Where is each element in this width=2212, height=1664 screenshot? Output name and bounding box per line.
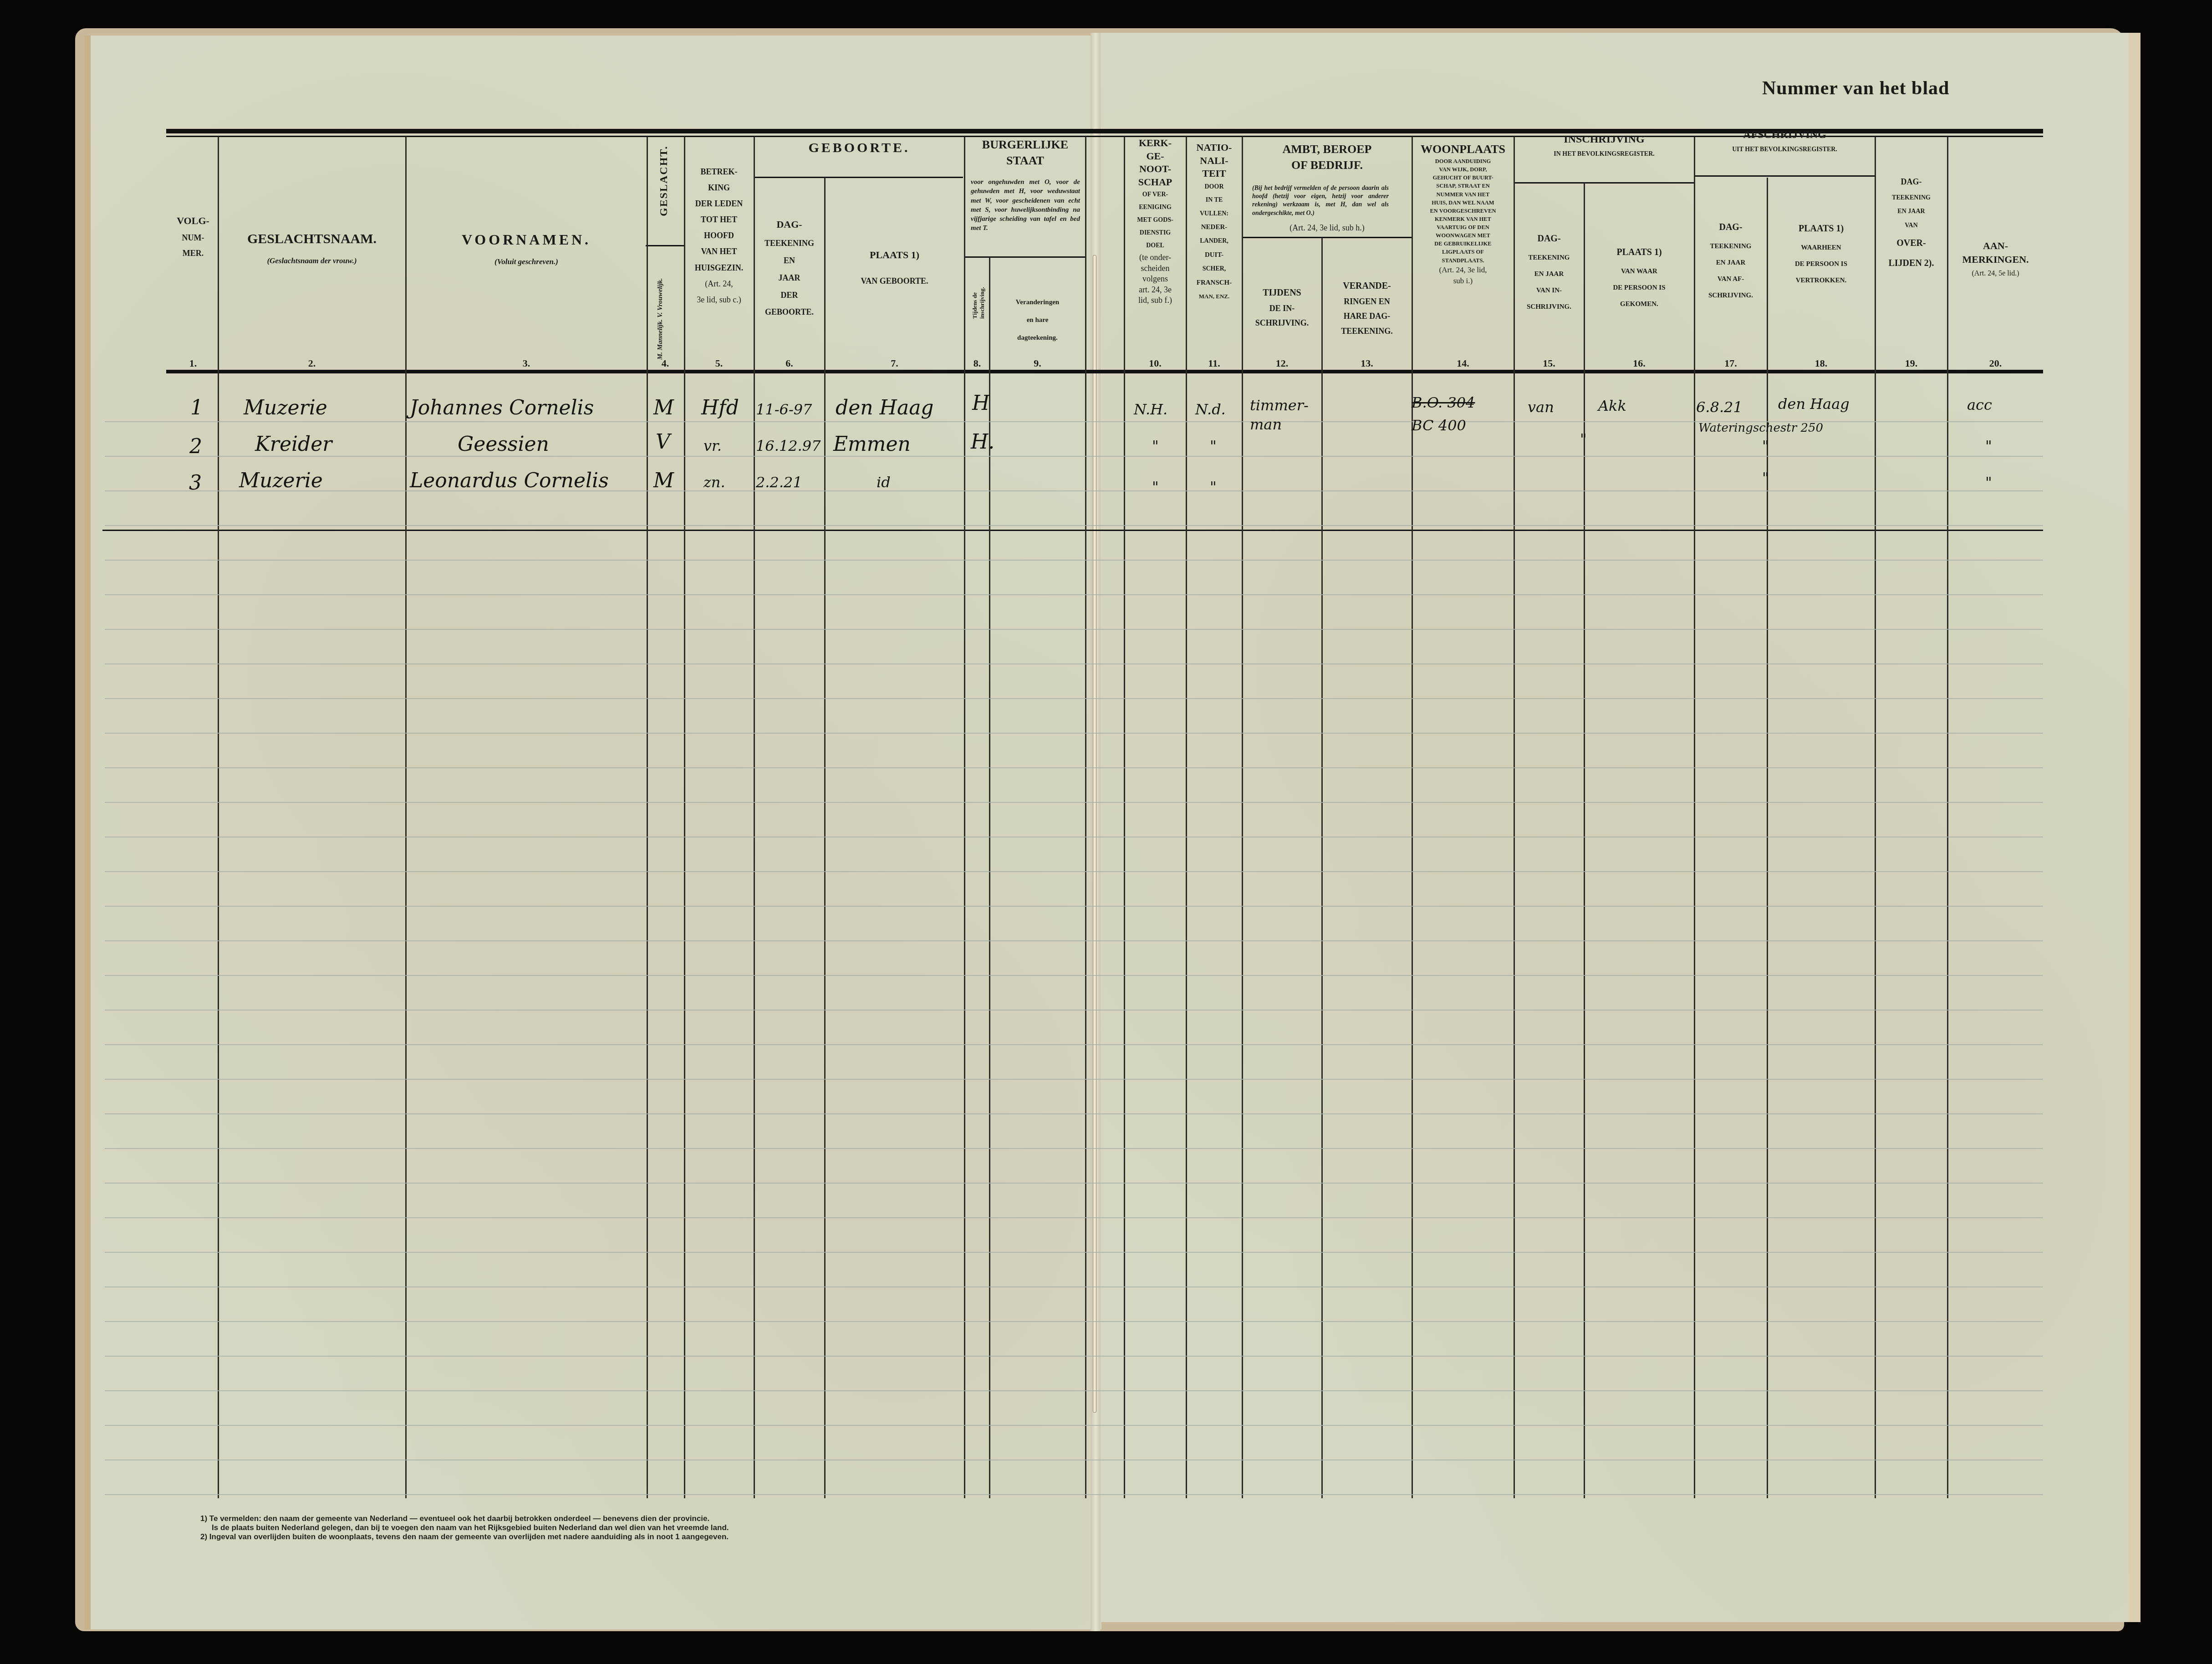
afschrijving-subrule <box>1694 175 1876 177</box>
ruled-line <box>105 871 2043 872</box>
colnum-19: 19. <box>1876 357 1947 369</box>
header-text: VAN IN- <box>1514 282 1584 299</box>
header-title: OF BEDRIJF. <box>1243 157 1412 173</box>
ruled-line <box>105 906 2043 907</box>
col-line-6 <box>824 178 826 1498</box>
entry-2-afschrijving-plaats: " <box>1762 437 1769 454</box>
header-afschrijving: AFSCHRIJVING UIT HET BEVOLKINGSREGISTER. <box>1695 128 1875 154</box>
ruled-line <box>105 802 2043 803</box>
ruled-line <box>105 698 2043 699</box>
header-sub: VAN GEBOORTE. <box>825 276 964 286</box>
header-kerkgenootschap: KERK- GE- NOOT- SCHAP OF VER- EENIGING M… <box>1125 137 1186 306</box>
header-text: RINGEN EN <box>1322 294 1412 309</box>
header-text: VERTROKKEN. <box>1768 272 1875 289</box>
ruled-line <box>105 594 2043 595</box>
entry-2-nationaliteit: " <box>1210 437 1217 454</box>
col-line-12 <box>1321 238 1323 1498</box>
header-text: TEEKENING. <box>1322 324 1412 338</box>
col-line-13 <box>1412 137 1413 1498</box>
sheet-number-label: Nummer van het blad <box>1762 77 1949 99</box>
col-line-1 <box>218 137 219 1498</box>
colnum-5: 5. <box>684 357 754 369</box>
colnum-6: 6. <box>754 357 824 369</box>
ruled-line <box>105 1183 2043 1184</box>
header-text: DOEL <box>1125 240 1186 252</box>
entry-2-geslachtsnaam: Kreider <box>255 433 332 456</box>
colnum-8: 8. <box>965 357 989 369</box>
header-title: BURGERLIJKE <box>965 137 1085 153</box>
header-text: OF VER- <box>1125 189 1186 201</box>
colnum-10: 10. <box>1125 357 1186 369</box>
entry-1-inschrijving-datum: van <box>1528 398 1554 416</box>
burgerlijke-staat-note: voor ongehuwden met O, voor de gehuwden … <box>971 178 1080 233</box>
footnote-1: 1) Te vermelden: den naam der gemeente v… <box>200 1514 709 1523</box>
header-geslachtsnaam: GESLACHTSNAAM. (Geslachtsnaam der vrouw.… <box>219 230 405 266</box>
header-text: DAG- <box>754 214 824 235</box>
header-text: PLAATS 1) <box>1768 218 1875 240</box>
header-text: VAN HET <box>684 244 754 260</box>
footnote-1-cont: Is de plaats buiten Nederland gelegen, d… <box>212 1523 729 1532</box>
header-text: FRANSCH- <box>1187 276 1242 291</box>
header-title: AMBT, BEROEP <box>1243 141 1412 157</box>
entry-2-geboortedatum: 16.12.97 <box>756 437 821 454</box>
colnum-4: 4. <box>647 357 684 369</box>
header-woonplaats: WOONPLAATS DOOR AANDUIDING VAN WIJK, DOR… <box>1412 141 1514 287</box>
header-text: TEEKENING <box>754 235 824 252</box>
entry-3-voornamen: Leonardus Cornelis <box>410 469 609 492</box>
header-text: NATIO- <box>1187 141 1242 154</box>
header-text: (Art. 24, <box>684 276 754 292</box>
woonplaats-desc: DOOR AANDUIDING VAN WIJK, DORP, GEHUCHT … <box>1412 157 1514 287</box>
ruled-line <box>105 767 2043 768</box>
header-text: scheiden <box>1125 263 1186 274</box>
entry-1-burgerlijke-staat: H <box>972 392 989 415</box>
header-text: EN JAAR <box>1695 255 1767 271</box>
ruled-line <box>105 1390 2043 1391</box>
header-text: LANDER, <box>1187 235 1242 248</box>
header-text: TEEKENING <box>1876 191 1947 205</box>
header-sub: IN HET BEVOLKINGSREGISTER. <box>1514 150 1694 159</box>
header-text: DOOR AANDUIDING <box>1412 157 1514 165</box>
header-volgnummer: VOLG- NUM- MER. <box>168 214 218 259</box>
header-text: HUIS, DAN WEL NAAM <box>1412 199 1514 207</box>
header-text: NOOT- <box>1125 163 1186 176</box>
header-beroep-tijdens: TIJDENS DE IN- SCHRIJVING. <box>1243 285 1321 331</box>
entry-3-geslachtsnaam: Muzerie <box>239 469 323 492</box>
header-text: VERANDE- <box>1322 278 1412 294</box>
colnum-20: 20. <box>1948 357 2043 369</box>
ruled-line <box>105 940 2043 941</box>
header-text: DOOR <box>1187 180 1242 194</box>
header-text: DUIT- <box>1187 248 1242 263</box>
burgerlijke-subrule <box>965 256 1086 258</box>
header-text: SCHRIJVING. <box>1514 299 1584 315</box>
header-text: TEIT <box>1187 167 1242 180</box>
header-text: GEKOMEN. <box>1585 296 1694 312</box>
colnum-3: 3. <box>406 357 647 369</box>
entry-1-aanmerkingen: acc <box>1967 396 1992 413</box>
header-text: DE GEBRUIKELIJKE <box>1412 240 1514 248</box>
header-voornamen: VOORNAMEN. (Voluit geschreven.) <box>406 230 647 267</box>
header-text: LIGPLAATS OF <box>1412 248 1514 256</box>
header-text: NEDER- <box>1187 220 1242 235</box>
col-line-19 <box>1947 137 1948 1498</box>
ruled-line <box>105 1321 2043 1322</box>
header-text: EN JAAR <box>1876 205 1947 219</box>
col-line-10a <box>1124 137 1125 1498</box>
header-afschrijving-datum: DAG- TEEKENING EN JAAR VAN AF- SCHRIJVIN… <box>1695 216 1767 304</box>
header-text: TOT HET <box>684 212 754 228</box>
header-text: DE IN- <box>1243 301 1321 316</box>
header-text: BETREK- <box>684 164 754 180</box>
header-text: GEHUCHT OF BUURT- <box>1412 174 1514 182</box>
header-inschrijving-plaats: PLAATS 1) VAN WAAR DE PERSOON IS GEKOMEN… <box>1585 241 1694 312</box>
header-geboorte-datum: DAG- TEEKENING EN JAAR DER GEBOORTE. <box>754 214 824 321</box>
header-text: HOOFD <box>684 228 754 244</box>
entry-2-burgerlijke-staat: H. <box>971 430 994 454</box>
header-text: SCHER, <box>1187 262 1242 276</box>
header-text: SCHRIJVING. <box>1695 287 1767 304</box>
header-text: (Art. 24, 5e lid.) <box>1948 269 2043 279</box>
header-text: DER LEDEN <box>684 196 754 212</box>
header-text: TIJDENS <box>1243 285 1321 301</box>
beroep-note: (Bij het bedrijf vermelden of de persoon… <box>1252 184 1389 218</box>
inschrijving-subrule <box>1514 182 1694 184</box>
entry-2-geslacht: V <box>656 430 670 454</box>
header-text: VAARTUIG OF DEN <box>1412 223 1514 231</box>
header-text: VULLEN: <box>1187 207 1242 220</box>
header-text: VAN WAAR <box>1585 263 1694 280</box>
header-text: EENIGING <box>1125 201 1186 214</box>
footnote-2: 2) Ingeval van overlijden buiten de woon… <box>200 1532 729 1541</box>
entry-1-inschrijving-plaats: Akk <box>1598 397 1626 414</box>
colnum-12: 12. <box>1243 357 1321 369</box>
header-text: TEEKENING <box>1514 250 1584 266</box>
entry-1-voornamen: Johannes Cornelis <box>410 396 594 419</box>
entry-1-afschrijving-adres: Wateringschestr 250 <box>1698 421 1823 435</box>
colnum-11: 11. <box>1187 357 1242 369</box>
header-title: AFSCHRIJVING <box>1695 128 1875 142</box>
ruled-line <box>105 1044 2043 1045</box>
header-text: KING <box>684 180 754 196</box>
header-text: MET GODS- <box>1125 214 1186 227</box>
col-line-16 <box>1694 137 1695 1498</box>
colnum-15: 15. <box>1514 357 1584 369</box>
header-title: VOORNAMEN. <box>406 230 647 250</box>
header-inschrijving-datum: DAG- TEEKENING EN JAAR VAN IN- SCHRIJVIN… <box>1514 228 1584 315</box>
ruled-line <box>105 1113 2043 1114</box>
header-aanmerkingen: AAN- MERKINGEN. (Art. 24, 5e lid.) <box>1948 239 2043 279</box>
ruled-line <box>105 1148 2043 1149</box>
col-line-10 <box>1186 137 1187 1498</box>
col-line-15 <box>1584 183 1585 1498</box>
header-text: WAARHEEN <box>1768 240 1875 256</box>
entry-2-aanmerkingen: " <box>1985 437 1992 454</box>
header-text: STANDPLAATS. <box>1412 256 1514 265</box>
header-text: MAN, ENZ. <box>1187 290 1242 302</box>
colnum-1: 1. <box>168 357 218 369</box>
header-sub: UIT HET BEVOLKINGSREGISTER. <box>1695 146 1875 154</box>
header-text: NUMMER VAN HET <box>1412 190 1514 199</box>
entry-3-volgnummer: 3 <box>189 471 202 495</box>
header-text: Veranderingen <box>990 294 1085 311</box>
header-sub: (Geslachtsnaam der vrouw.) <box>219 256 405 266</box>
ruled-line <box>105 1356 2043 1357</box>
entry-3-geboorteplaats: id <box>877 474 891 491</box>
header-text: MER. <box>168 248 218 259</box>
ruled-line <box>105 1425 2043 1426</box>
header-geboorte: GEBOORTE. <box>754 139 964 158</box>
header-bottom-rule <box>166 370 2043 373</box>
col-line-14 <box>1514 137 1515 1498</box>
beroep-subrule <box>1243 237 1412 238</box>
header-text: SCHAP, STRAAT EN <box>1412 182 1514 190</box>
header-geboorteplaats: PLAATS 1) VAN GEBOORTE. <box>825 248 964 286</box>
entries-bottom-rule <box>102 530 2043 531</box>
header-text: en hare <box>990 311 1085 329</box>
header-text: DAG- <box>1514 228 1584 250</box>
header-text: DAG- <box>1695 216 1767 238</box>
ruled-line <box>105 837 2043 837</box>
header-text: MERKINGEN. <box>1948 253 2043 266</box>
entry-2-inschrijving-plaats: " <box>1580 430 1587 448</box>
header-text: VAN WIJK, DORP, <box>1412 165 1514 174</box>
header-text: EN VOORGESCHREVEN <box>1412 207 1514 215</box>
col-line-4 <box>684 137 685 1498</box>
col-line-17 <box>1767 178 1768 1498</box>
entry-1-geslachtsnaam: Muzerie <box>244 396 327 419</box>
ruled-line <box>105 664 2043 664</box>
entry-3-aanmerkingen: " <box>1985 474 1992 491</box>
col-line-2 <box>405 137 407 1498</box>
header-text: WOONWAGEN MET <box>1412 231 1514 240</box>
ruled-line <box>105 525 2043 526</box>
ruled-line <box>105 1286 2043 1287</box>
header-text: DER <box>754 287 824 304</box>
header-text: VOLG- <box>168 214 218 228</box>
header-nationaliteit: NATIO- NALI- TEIT DOOR IN TE VULLEN: NED… <box>1187 141 1242 303</box>
header-text: HUISGEZIN. <box>684 260 754 276</box>
entry-2-volgnummer: 2 <box>189 435 202 458</box>
col-line-7 <box>964 137 965 1498</box>
col-line-5 <box>754 137 755 1498</box>
entry-3-geboortedatum: 2.2.21 <box>756 474 802 491</box>
binding-thread <box>1093 255 1096 1413</box>
header-text: VAN <box>1876 219 1947 233</box>
header-geslacht: GESLACHT. <box>658 145 670 216</box>
entry-3-nationaliteit: " <box>1210 478 1217 495</box>
header-text: EN <box>754 252 824 270</box>
entry-1-woonplaats-struck: B.O. 304 <box>1412 394 1475 411</box>
header-beroep-veranderingen: VERANDE- RINGEN EN HARE DAG- TEEKENING. <box>1322 278 1412 338</box>
colnum-16: 16. <box>1585 357 1694 369</box>
header-inschrijving: INSCHRIJVING IN HET BEVOLKINGSREGISTER. <box>1514 132 1694 159</box>
header-text: PLAATS 1) <box>1585 241 1694 263</box>
header-tijdens-inschrijving: Tijdens de inschrijving. <box>971 264 985 319</box>
header-text: volgens <box>1125 274 1186 284</box>
header-text: KERK- <box>1125 137 1186 150</box>
header-afschrijving-plaats: PLAATS 1) WAARHEEN DE PERSOON IS VERTROK… <box>1768 218 1875 289</box>
header-text: JAAR <box>754 270 824 287</box>
header-beroep: AMBT, BEROEP OF BEDRIJF. <box>1243 141 1412 173</box>
header-text: LIJDEN 2). <box>1876 253 1947 273</box>
header-veranderingen: Veranderingen en hare dagteekening. <box>990 294 1085 347</box>
entry-3-geslacht: M <box>653 469 674 492</box>
ruled-line <box>105 1217 2043 1218</box>
ruled-line <box>105 733 2043 734</box>
header-text: art. 24, 3e <box>1125 285 1186 295</box>
col-line-11 <box>1242 137 1243 1498</box>
entry-1-kerkgenootschap: N.H. <box>1134 401 1167 418</box>
header-text: DIENSTIG <box>1125 227 1186 240</box>
header-text: DAG- <box>1876 173 1947 191</box>
header-text: IN TE <box>1187 194 1242 207</box>
entry-1-afschrijving-datum: 6.8.21 <box>1696 398 1743 416</box>
header-text: dagteekening. <box>990 329 1085 347</box>
colnum-7: 7. <box>825 357 964 369</box>
ruled-line <box>105 1010 2043 1011</box>
ruled-line <box>105 1079 2043 1080</box>
header-text: sub i.) <box>1412 276 1514 287</box>
header-text: NALI- <box>1187 154 1242 168</box>
header-text: DE PERSOON IS <box>1585 280 1694 296</box>
entry-1-geslacht: M <box>653 396 674 419</box>
header-text: GEBOORTE. <box>754 304 824 321</box>
colnum-9: 9. <box>990 357 1085 369</box>
ruled-line <box>105 560 2043 561</box>
ruled-line <box>105 456 2043 457</box>
header-title: PLAATS 1) <box>825 248 964 262</box>
header-text: DE PERSOON IS <box>1768 256 1875 272</box>
header-text: VAN AF- <box>1695 271 1767 287</box>
entry-1-afschrijving-plaats: den Haag <box>1778 395 1850 413</box>
header-text: NUM- <box>168 232 218 243</box>
entry-2-geboorteplaats: Emmen <box>833 433 911 456</box>
header-text: OVER- <box>1876 233 1947 253</box>
ruled-line <box>105 975 2043 976</box>
entry-1-nationaliteit: N.d. <box>1195 401 1226 418</box>
header-text: AAN- <box>1948 239 2043 253</box>
geslacht-subrule <box>646 245 684 246</box>
beroep-art: (Art. 24, 3e lid, sub h.) <box>1243 222 1412 233</box>
entry-1-geboortedatum: 11-6-97 <box>756 401 812 418</box>
header-text: 3e lid, sub c.) <box>684 292 754 308</box>
entry-1-geboorteplaats: den Haag <box>836 396 934 419</box>
geboorte-subrule <box>754 177 963 178</box>
entry-1-woonplaats: BC 400 <box>1412 417 1466 434</box>
entry-3-kerkgenootschap: " <box>1152 478 1159 495</box>
header-text: KENMERK VAN HET <box>1412 215 1514 223</box>
entry-2-voornamen: Geessien <box>458 433 549 456</box>
header-sub: (Voluit geschreven.) <box>406 257 647 267</box>
header-text: SCHAP <box>1125 176 1186 189</box>
col-line-3 <box>647 137 648 1498</box>
ruled-line <box>105 490 2043 491</box>
ruled-line <box>105 1252 2043 1253</box>
entry-1-beroep: timmer-man <box>1250 396 1318 434</box>
header-title: STAAT <box>965 153 1085 168</box>
header-title: GESLACHTSNAAM. <box>219 230 405 249</box>
header-title: WOONPLAATS <box>1412 141 1514 157</box>
header-text: (te onder- <box>1125 252 1186 263</box>
entry-1-betrekking: Hfd <box>701 396 739 419</box>
entry-2-kerkgenootschap: " <box>1152 437 1159 454</box>
entry-3-afschrijving-plaats: " <box>1762 469 1769 486</box>
header-text: (Art. 24, 3e lid, <box>1412 265 1514 276</box>
colnum-13: 13. <box>1322 357 1412 369</box>
header-overlijden: DAG- TEEKENING EN JAAR VAN OVER- LIJDEN … <box>1876 173 1947 273</box>
colnum-14: 14. <box>1412 357 1514 369</box>
header-text: TEEKENING <box>1695 238 1767 255</box>
entry-1-volgnummer: 1 <box>190 396 203 419</box>
col-line-9 <box>1085 137 1086 1498</box>
header-betrekking: BETREK- KING DER LEDEN TOT HET HOOFD VAN… <box>684 164 754 308</box>
ruled-line <box>105 1460 2043 1460</box>
entry-3-betrekking: zn. <box>703 474 725 491</box>
header-text: EN JAAR <box>1514 266 1584 282</box>
colnum-18: 18. <box>1768 357 1875 369</box>
ruled-line <box>105 629 2043 630</box>
ruled-line <box>105 1494 2043 1495</box>
header-burgerlijke-staat: BURGERLIJKE STAAT <box>965 137 1085 168</box>
header-text: SCHRIJVING. <box>1243 316 1321 330</box>
col-line-18 <box>1875 137 1876 1498</box>
colnum-2: 2. <box>219 357 405 369</box>
header-text: lid, sub f.) <box>1125 295 1186 306</box>
header-title: INSCHRIJVING <box>1514 132 1694 147</box>
colnum-17: 17. <box>1695 357 1767 369</box>
entry-2-betrekking: vr. <box>703 437 722 454</box>
header-text: HARE DAG- <box>1322 309 1412 323</box>
header-geslacht-sub: M. Mannelijk. V. Vrouwelijk. <box>656 255 665 360</box>
header-text: GE- <box>1125 150 1186 163</box>
